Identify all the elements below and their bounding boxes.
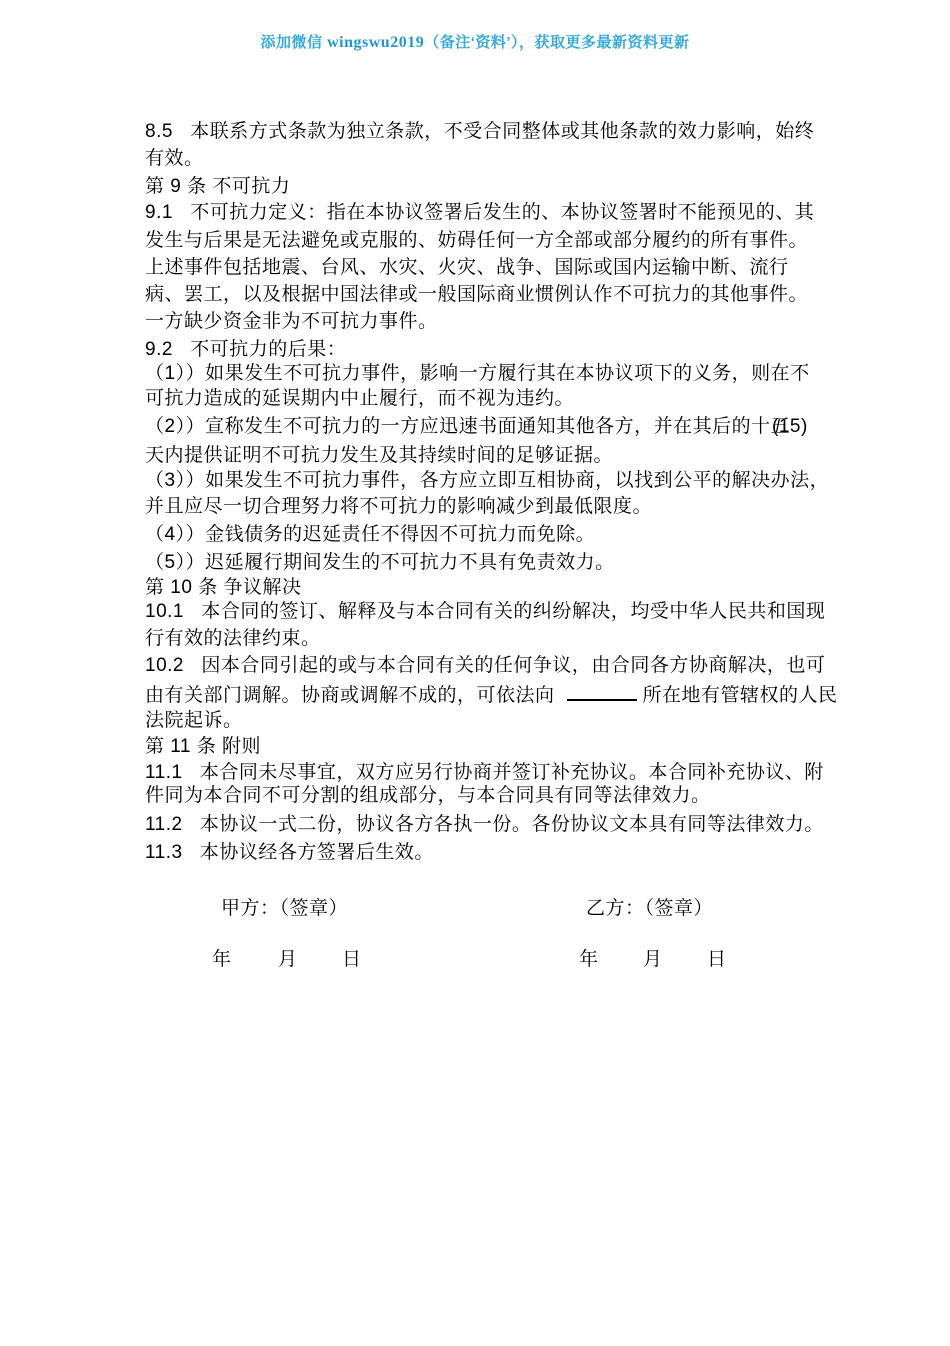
- contract-page: 添加微信 wingswu2019（备注‘资料’），获取更多最新资料更新 8.5 …: [0, 0, 950, 1346]
- contract-line: 并且应尽一切合理努力将不可抗力的影响减少到最低限度。: [145, 495, 845, 519]
- contract-line: 天内提供证明不可抗力发生及其持续时间的足够证据。: [145, 444, 845, 468]
- contract-line-text: 由有关部门调解。协商或调解不成的，可依法向: [145, 685, 555, 706]
- contract-line: （3））如果发生不可抗力事件，各方应立即互相协商，以找到公平的解决办法，: [145, 469, 845, 493]
- party-a-signature-label: 甲方：（签章）: [221, 897, 348, 921]
- contract-line-text: 所在地有管辖权的人民: [643, 685, 838, 706]
- contract-line: （4））金钱债务的迟延责任不得因不可抗力而免除。: [145, 523, 845, 547]
- contract-line: 有效。: [145, 147, 845, 171]
- contract-line: 11.2 本协议一式二份，协议各方各执一份。各份协议文本具有同等法律效力。: [145, 813, 845, 837]
- contract-line: 9.1 不可抗力定义：指在本协议签署后发生的、本协议签署时不能预见的、其: [145, 201, 845, 225]
- clause-heading-9: 第 9 条 不可抗力: [145, 175, 845, 199]
- wechat-id: wingswu2019: [327, 34, 424, 51]
- contract-line: 件同为本合同不可分割的组成部分，与本合同具有同等法律效力。: [145, 784, 845, 808]
- contract-line: 8.5 本联系方式条款为独立条款，不受合同整体或其他条款的效力影响，始终: [145, 120, 845, 144]
- date-year-left: 年: [212, 948, 232, 972]
- contract-line: （2））宣称发生不可抗力的一方应迅速书面通知其他各方，并在其后的十五(15): [145, 415, 845, 439]
- date-day-right: 日: [707, 948, 727, 972]
- contract-line: （5））迟延履行期间发生的不可抗力不具有免责效力。: [145, 551, 845, 575]
- clause-heading-10: 第 10 条 争议解决: [145, 576, 845, 600]
- force-majeure-days-note: (15): [772, 415, 808, 439]
- date-year-right: 年: [579, 948, 599, 972]
- date-month-right: 月: [643, 948, 663, 972]
- contract-line: （1））如果发生不可抗力事件，影响一方履行其在本协议项下的义务，则在不: [145, 362, 845, 386]
- contract-line: 法院起诉。: [145, 709, 845, 733]
- contract-line: 发生与后果是无法避免或克服的、妨碍任何一方全部或部分履约的所有事件。: [145, 229, 845, 253]
- date-month-left: 月: [278, 948, 298, 972]
- party-b-signature-label: 乙方：（签章）: [586, 897, 713, 921]
- watermark-suffix: （备注‘资料’），获取更多最新资料更新: [424, 34, 689, 51]
- contract-line: 一方缺少资金非为不可抗力事件。: [145, 310, 845, 334]
- contract-line: 上述事件包括地震、台风、水灾、火灾、战争、国际或国内运输中断、流行: [145, 256, 845, 280]
- contract-line: 病、罢工，以及根据中国法律或一般国际商业惯例认作不可抗力的其他事件。: [145, 283, 845, 307]
- contract-line: 11.3 本协议经各方签署后生效。: [145, 841, 845, 865]
- contract-line: 行有效的法律约束。: [145, 627, 845, 651]
- contract-line: 10.2 因本合同引起的或与本合同有关的任何争议，由合同各方协商解决，也可: [145, 654, 845, 678]
- watermark-prefix: 添加微信: [260, 34, 327, 51]
- watermark-header: 添加微信 wingswu2019（备注‘资料’），获取更多最新资料更新: [0, 31, 950, 52]
- contract-line: 10.1 本合同的签订、解释及与本合同有关的纠纷解决，均受中华人民共和国现: [145, 600, 845, 624]
- dispute-court-blank: [567, 681, 637, 701]
- date-day-left: 日: [342, 948, 362, 972]
- clause-heading-11: 第 11 条 附则: [145, 735, 845, 759]
- contract-line-text: （2））宣称发生不可抗力的一方应迅速书面通知其他各方，并在其后的十五: [145, 416, 790, 437]
- contract-line: 由有关部门调解。协商或调解不成的，可依法向所在地有管辖权的人民: [145, 681, 845, 708]
- contract-line: 可抗力造成的延误期内中止履行，而不视为违约。: [145, 387, 845, 411]
- contract-line: 11.1 本合同未尽事宜，双方应另行协商并签订补充协议。本合同补充协议、附: [145, 761, 845, 785]
- contract-line: 9.2 不可抗力的后果：: [145, 338, 845, 362]
